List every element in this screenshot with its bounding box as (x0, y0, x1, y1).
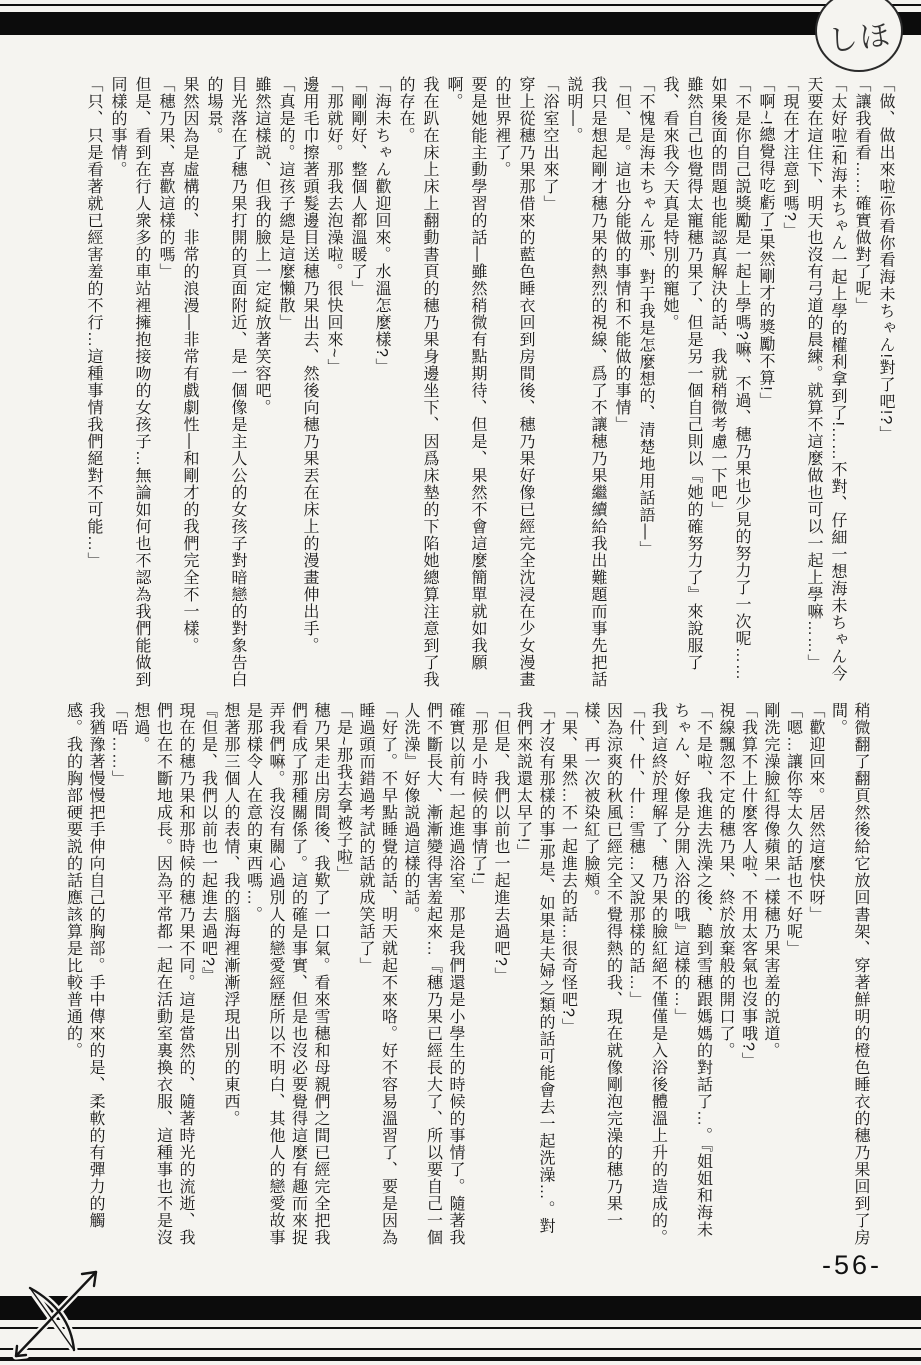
text-paragraph: 「現在才注意到嗎?」 (777, 76, 801, 690)
text-paragraph: 稍微翻了翻頁然後給它放回書架、穿著鮮明的橙色睡衣的穗乃果回到了房間。 (826, 702, 871, 1248)
text-paragraph: 目光落在了穗乃果打開的頁面附近、是一個像是主人公的女孩子對暗戀的對象告白的場景。 (201, 76, 249, 690)
top-text-block: 「做、做出來啦!你看你看海未ちゃん!對了吧!?」「讓我看看……確實做對了呢」「太… (25, 76, 897, 690)
text-paragraph: 剛洗完澡臉紅得像蘋果一樣穗乃果害羞的説道。 (759, 702, 782, 1248)
text-paragraph: 要是她能主動學習的話—雖然稍微有點期待、但是、果然不會這麼簡單就如我願啊。 (441, 76, 489, 690)
bottom-rule-3 (0, 1357, 921, 1361)
text-paragraph: 穿上從穗乃果那借來的藍色睡衣回到房間後、穗乃果好像已經完全沈浸在少女漫畫的世界裡… (489, 76, 537, 690)
text-paragraph: 「啊~!總覺得吃虧了!果然剛才的獎勵不算!」 (753, 76, 777, 690)
text-paragraph: 「果、果然…不一起進去的話…很奇怪吧?」 (556, 702, 579, 1248)
text-paragraph: 「什、什、什…雪穗…又說那樣的話…」 (624, 702, 647, 1248)
text-paragraph: 「好了。不早點睡覺的話、明天就起不來咯。好不容易溫習了、要是因為睡過頭而錯過考試… (354, 702, 399, 1248)
text-paragraph: 「是~那我去拿被子啦」 (331, 702, 354, 1248)
text-paragraph: 想著那三個人的表情、我的腦海裡漸漸浮現出別的東西。 (219, 702, 242, 1248)
text-paragraph: 「浴室空出來了」 (537, 76, 561, 690)
text-paragraph: 「不是你自己説獎勵是一起上學嗎?嘛、不過、穗乃果也少見的努力了一次呢……如果後面… (705, 76, 753, 690)
text-paragraph: 「只、只是看著就已經害羞的不行…這種事情我們絕對不可能…」 (81, 76, 105, 690)
text-paragraph: 「做、做出來啦!你看你看海未ちゃん!對了吧!?」 (873, 76, 897, 690)
text-paragraph: 「讓我看看……確實做對了呢」 (849, 76, 873, 690)
bottom-rule-1 (0, 1327, 921, 1329)
stamp-text: しほ (825, 10, 893, 60)
text-paragraph: 「那就好。那我去泡澡啦。很快回來~」 (321, 76, 345, 690)
page-number: -56- (822, 1250, 882, 1281)
text-paragraph: 「但、是。這也分能做的事情和不能做的事情」 (609, 76, 633, 690)
text-paragraph: 「太好啦!和海未ちゃん一起上學的權利拿到了!……不對、仔細一想海未ちゃん今天要在… (801, 76, 849, 690)
text-paragraph: 「真是的。這孩子總是這麼懶散」 (273, 76, 297, 690)
text-paragraph: 『但是、我們以前也一起進去過吧?』 (196, 702, 219, 1248)
text-paragraph: 「穗乃果、喜歡這樣的嗎」 (153, 76, 177, 690)
text-paragraph: 「海未ちゃん歡迎回來。水溫怎麼樣?」 (369, 76, 393, 690)
bottom-rule-2 (0, 1348, 921, 1350)
text-paragraph: 我到這終於理解了、穗乃果的臉紅絕不僅僅是入浴後體溫上升的造成的。 (646, 702, 669, 1248)
text-paragraph: 但是、看到在行人衆多的車站裡擁抱接吻的女孩子…無論如何也不認為我們能做到同樣的事… (105, 76, 153, 690)
text-paragraph: 「那是小時候的事情了!」 (466, 702, 489, 1248)
text-paragraph: 「不是啦、我進去洗澡之後、聽到雪穗跟媽媽的對話了…。『姐姐和海未ちゃん、好像是分… (669, 702, 714, 1248)
top-black-bar (0, 12, 921, 35)
text-paragraph: 「嗯…讓你等太久的話也不好呢」 (781, 702, 804, 1248)
text-paragraph: 現在的穗乃果和那時候的穗乃果不同。這是當然的、隨著時光的流逝、我們也在不斷地成長… (129, 702, 197, 1248)
text-paragraph: 「但是、我們以前也一起進去過吧?」 (489, 702, 512, 1248)
text-paragraph: 因為涼爽的秋風已經完全不覺得熱的我、現在就像剛泡完澡的穗乃果一樣、再一次被染紅了… (579, 702, 624, 1248)
text-paragraph: 邊用毛巾擦著頭髮邊目送穗乃果出去、然後向穗乃果丟在床上的漫畫伸出手。 (297, 76, 321, 690)
text-paragraph: 果然因為是虛構的、非常的浪漫—非常有戲劇性—和剛才的我們完全不一樣。 (177, 76, 201, 690)
text-paragraph: 確實以前有一起進過浴室、那是我們還是小學生的時候的事情了。隨著我們不斷長大、漸漸… (399, 702, 467, 1248)
text-paragraph: 雖然自己也覺得太寵穗乃果了、但是另一個自己則以『她的確努力了』來說服了我、看來我… (657, 76, 705, 690)
text-paragraph: 「才沒有那樣的事!那是、如果是夫婦之類的話可能會去一起洗澡…。對我們來説還太早了… (511, 702, 556, 1248)
text-paragraph: 我在趴在床上床上翻動書頁的穗乃果身邊坐下、因爲床墊的下陷她總算注意到了我的存在。 (393, 76, 441, 690)
top-rule (0, 4, 921, 6)
text-paragraph: 「不愧是海未ちゃん!那、對于我是怎麼想的、清楚地用話語—」 (633, 76, 657, 690)
bottom-text-block: 稍微翻了翻頁然後給它放回書架、穿著鮮明的橙色睡衣的穗乃果回到了房間。「歡迎回來。… (51, 702, 871, 1248)
bottom-black-bar (0, 1296, 921, 1320)
text-paragraph: 「剛剛好、整個人都溫暖了」 (345, 76, 369, 690)
text-paragraph: 「唔……」 (106, 702, 129, 1248)
text-paragraph: 視線飄忽不定的穗乃果、終於放棄般的開口了。 (714, 702, 737, 1248)
text-paragraph: 「歡迎回來。居然這麼快呀」 (804, 702, 827, 1248)
text-paragraph: 雖然這樣説、但我的臉上一定綻放著笑容吧。 (249, 76, 273, 690)
text-paragraph: 我只是想起剛才穗乃果的熱烈的視線、爲了不讓穗乃果繼續給我出難題而事先把話説明—。 (561, 76, 609, 690)
text-paragraph: 「我算不上什麼客人啦、不用太客氣也沒事哦?」 (736, 702, 759, 1248)
circle-stamp: しほ (815, 0, 903, 72)
scanned-doujinshi-page: しほ 「做、做出來啦!你看你看海未ちゃん!對了吧!?」「讓我看看……確實做對了呢… (0, 0, 921, 1365)
text-paragraph: 穗乃果走出房間後、我歎了一口氣。看來雪穗和母親們之間已經完全把我們看成了那種關係… (241, 702, 331, 1248)
bow-arrow-icon (0, 1258, 115, 1365)
text-paragraph: 我猶豫著慢慢把手伸向自己的胸部。手中傳來的是、柔軟的有彈力的觸感。我的胸部硬要説… (61, 702, 106, 1248)
